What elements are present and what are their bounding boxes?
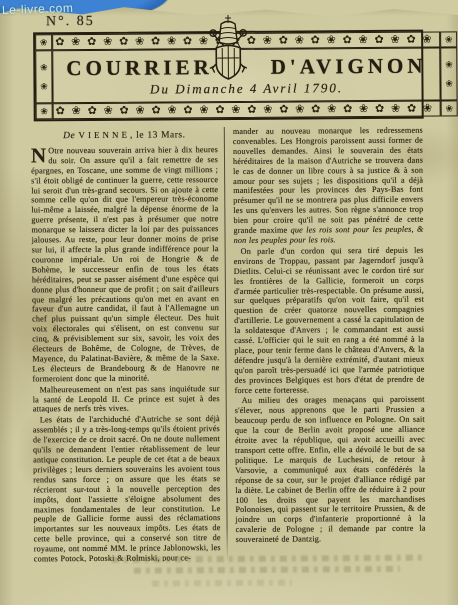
page-content: N°. 85 ❀ ✿ ❀ ✿ ❀ ✿ ❀ ✿ ❀ ✿ ❀ ✿ ❀ ✿ ❀ ✿ ❀… — [0, 0, 458, 605]
ornament-row-bottom-icon: ✿ ❀ ✿ ❀ ✿ ❀ ✿ ❀ ✿ ❀ ✿ ❀ ✿ ❀ ✿ ❀ ✿ ❀ ✿ ❀ … — [53, 101, 441, 120]
paragraph-text: mander au nouveau monarque les redressem… — [233, 126, 424, 235]
article-columns: De Vienne, le 13 Mars. NOtre nouveau sou… — [31, 126, 431, 563]
paragraph: Malheureusement on n'est pas sans inquié… — [33, 384, 220, 415]
ornament-corner-icon: ❀ — [36, 103, 53, 119]
dateline-heading: De Vienne, le 13 Mars. — [31, 130, 218, 142]
bleed-through-text — [152, 580, 292, 592]
paragraph: mander au nouveau monarque les redressem… — [233, 126, 424, 246]
papal-tiara-crossed-keys-icon — [200, 12, 257, 88]
flower-icon: ❀ — [40, 81, 48, 92]
dateline-post: , le 13 Mars. — [130, 130, 186, 140]
masthead-title-left: COURRIER — [66, 55, 213, 81]
dateline-pre: De — [63, 131, 75, 141]
ornament-corner-icon: ❀ — [35, 34, 52, 50]
flower-icon: ❀ — [445, 78, 453, 89]
flower-icon: ❀ — [40, 62, 48, 73]
ornament-corner-icon: ❀ — [441, 100, 458, 116]
paragraph: Au milieu des orages menaçans qui parois… — [235, 395, 426, 545]
issue-number: N°. 85 — [46, 14, 95, 30]
masthead-frame: ❀ ✿ ❀ ✿ ❀ ✿ ❀ ✿ ❀ ✿ ❀ ✿ ❀ ✿ ❀ ✿ ❀ ✿ ❀ ✿ … — [33, 30, 424, 122]
dateline-place: Vienne — [78, 130, 130, 140]
paragraph: NOtre nouveau souverain arriva hier à di… — [31, 145, 220, 384]
paragraph-text: Otre nouveau souverain arriva hier à dix… — [31, 145, 219, 383]
paragraph: Les états de l'archiduché d'Autriche se … — [33, 414, 221, 562]
ornament-corner-icon: ❀ — [440, 31, 457, 47]
right-column: mander au nouveau monarque les redressem… — [225, 126, 426, 561]
flower-icon: ❀ — [445, 59, 453, 70]
left-column: De Vienne, le 13 Mars. NOtre nouveau sou… — [31, 127, 227, 562]
paragraph: On parle d'un cordon qui sera tiré depui… — [234, 246, 425, 396]
ornament-side-left-icon: ❀ ❀ — [35, 50, 52, 103]
masthead-title-right: D'AVIGNON — [271, 54, 427, 80]
ornament-side-right-icon: ❀ ❀ — [440, 47, 457, 100]
drop-cap: N — [31, 146, 48, 164]
